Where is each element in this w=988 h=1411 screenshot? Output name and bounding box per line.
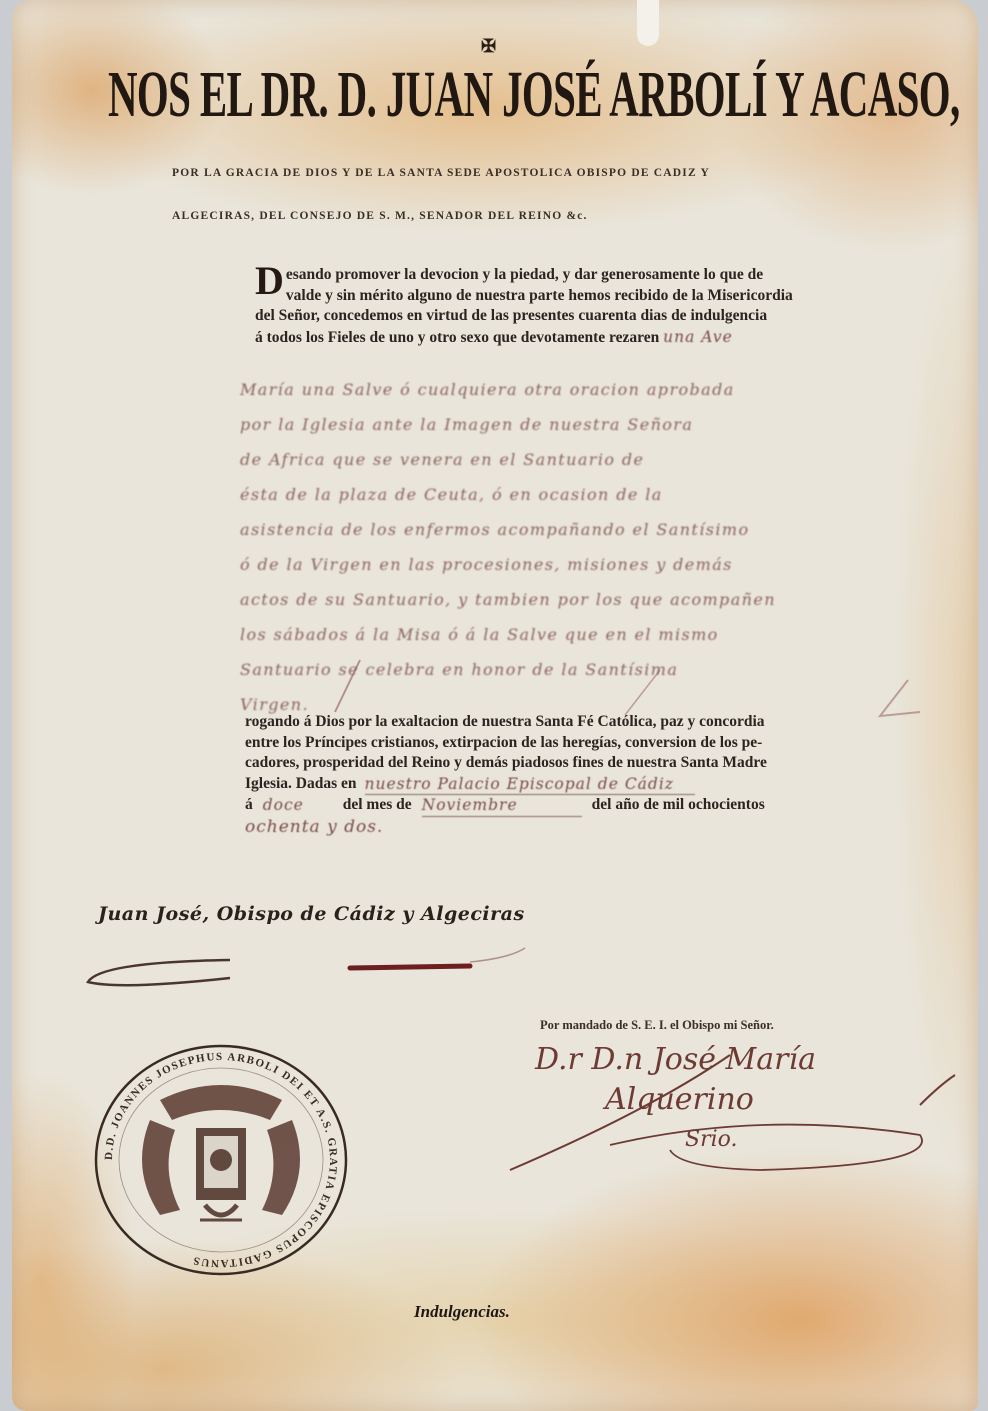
footer-label: Indulgencias. [414, 1302, 510, 1322]
secretary-flourish [500, 1050, 960, 1180]
manuscript-line: por la Iglesia ante la Imagen de nuestra… [240, 407, 940, 442]
paragraph-1-line-text: á todos los Fieles de uno y otro sexo qu… [255, 329, 659, 346]
episcopal-seal-icon: D.D. JOANNES JOSEPHUS ARBOLI DEI ET A.S.… [90, 1040, 352, 1280]
mandate-line: Por mandado de S. E. I. el Obispo mi Señ… [540, 1018, 774, 1033]
manuscript-line: los sábados á la Misa ó á la Salve que e… [240, 617, 940, 652]
paragraph-1: D esando promover la devocion y la pieda… [255, 265, 935, 348]
paragraph-1-line: á todos los Fieles de uno y otro sexo qu… [255, 327, 935, 349]
subtitle-line-1: POR LA GRACIA DE DIOS Y DE LA SANTA SEDE… [172, 167, 710, 179]
pen-strokes [240, 650, 940, 720]
manuscript-line: ó de la Virgen en las procesiones, misio… [240, 547, 940, 582]
paragraph-2-line: rogando á Dios por la exaltacion de nues… [245, 712, 910, 733]
paragraph-2: rogando á Dios por la exaltacion de nues… [245, 712, 910, 837]
paragraph-2-line: cadores, prosperidad del Reino y demás p… [245, 753, 910, 774]
paper-tear [637, 0, 659, 46]
cross-icon: ✠ [481, 36, 496, 57]
year-value-line: ochenta y dos. [245, 817, 910, 838]
paragraph-1-line: esando promover la devocion y la piedad,… [255, 265, 935, 286]
manuscript-line: ésta de la plaza de Ceuta, ó en ocasion … [240, 477, 940, 512]
day-prefix: á [245, 795, 253, 817]
subtitle-line-2: ALGECIRAS, DEL CONSEJO DE S. M., SENADOR… [172, 210, 588, 222]
bishop-signature: Juan José, Obispo de Cádiz y Algeciras [98, 903, 525, 925]
paragraph-1-line: valde y sin mérito alguno de nuestra par… [255, 286, 935, 307]
day-value: doce [263, 795, 333, 817]
given-at-value: nuestro Palacio Episcopal de Cádiz [365, 774, 695, 796]
manuscript-line: de Africa que se venera en el Santuario … [240, 442, 940, 477]
signature-flourish [80, 940, 540, 990]
month-label: del mes de [343, 795, 412, 817]
drop-cap: D [255, 265, 284, 297]
year-value: ochenta y dos. [245, 817, 383, 838]
given-at-line: Iglesia. Dadas en nuestro Palacio Episco… [245, 774, 910, 796]
manuscript-line: María una Salve ó cualquiera otra oracio… [240, 372, 940, 407]
month-value: Noviembre [422, 795, 582, 817]
paragraph-1-line: del Señor, concedemos en virtud de las p… [255, 306, 935, 327]
given-at-label: Iglesia. Dadas en [245, 774, 357, 796]
document-title: NOS EL DR. D. JUAN JOSÉ ARBOLÍ Y ACASO, [108, 62, 604, 128]
handwritten-insert: una Ave [663, 328, 733, 346]
manuscript-line: actos de su Santuario, y tambien por los… [240, 582, 940, 617]
date-line: á doce del mes de Noviembre del año de m… [245, 795, 910, 817]
paragraph-2-line: entre los Príncipes cristianos, extirpac… [245, 733, 910, 754]
manuscript-line: asistencia de los enfermos acompañando e… [240, 512, 940, 547]
year-label: del año de mil ochocientos [592, 795, 765, 817]
